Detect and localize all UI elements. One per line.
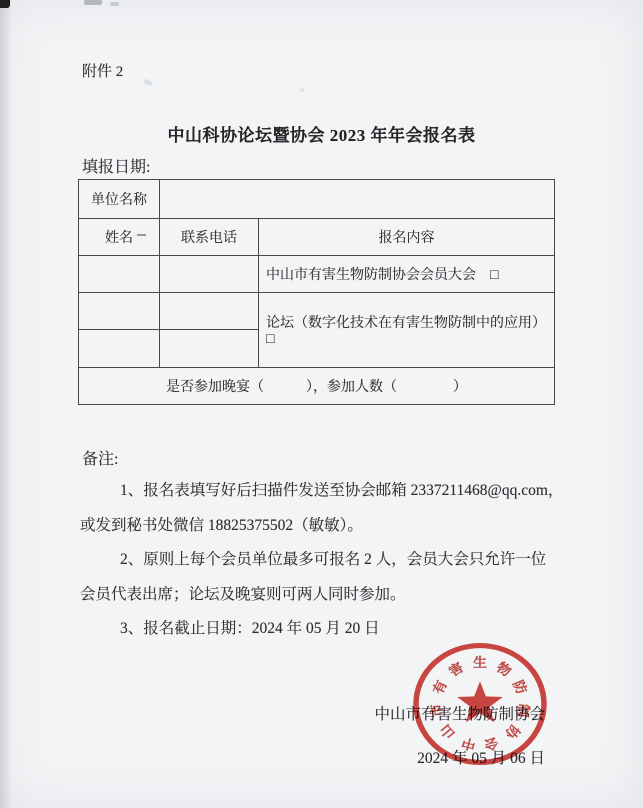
attachment-label: 附件 2 (82, 60, 123, 81)
unit-name-label: 单位名称 (79, 180, 160, 219)
phone-blank-cell (160, 256, 259, 293)
scan-artifact-smudge (84, 0, 102, 5)
svg-text:有: 有 (429, 678, 450, 697)
svg-text:防: 防 (510, 678, 531, 697)
notes-block: 1、报名表填写好后扫描件发送至协会邮箱 2337211468@qq.com， 或… (80, 474, 580, 647)
notes-heading: 备注: (82, 446, 118, 469)
svg-text:市: 市 (427, 702, 446, 718)
phone-blank-cell (160, 330, 259, 368)
table-row: 中山市有害生物防制协会会员大会 □ (79, 256, 555, 293)
fill-date-label: 填报日期: (82, 154, 150, 177)
note-line-2: 2、原则上每个会员单位最多可报名 2 人，会员大会只允许一位 (80, 543, 580, 578)
table-row-banquet: 是否参加晚宴（ ），参加人数（ ） (79, 368, 555, 405)
scan-artifact-speck (142, 78, 153, 87)
official-seal-stamp: 中 山 市 有 害 生 物 防 制 协 会 (410, 638, 550, 770)
seal-star (457, 681, 503, 722)
registration-table: 单位名称 姓名 联系电话 报名内容 中山市有害生物防制协会会员大会 □ 论坛（数… (78, 179, 555, 405)
note-line-2-cont: 会员代表出席；论坛及晚宴则可两人同时参加。 (80, 578, 580, 613)
unit-name-blank-cell (160, 180, 555, 219)
name-blank-cell (79, 293, 160, 330)
form-title: 中山科协论坛暨协会 2023 年年会报名表 (0, 121, 643, 146)
svg-text:山: 山 (437, 722, 458, 742)
option-forum: 论坛（数字化技术在有害生物防制中的应用）□ (259, 293, 555, 368)
phone-column-header: 联系电话 (160, 219, 259, 256)
table-row-unit: 单位名称 (79, 180, 555, 219)
banquet-question: 是否参加晚宴（ ），参加人数（ ） (79, 368, 555, 405)
name-column-header: 姓名 (79, 219, 160, 256)
scan-artifact-speck (300, 88, 305, 92)
phone-blank-cell (160, 293, 259, 330)
name-blank-cell (79, 256, 160, 293)
scan-artifact-smudge (110, 2, 119, 6)
svg-text:物: 物 (494, 659, 515, 679)
svg-text:会: 会 (482, 735, 500, 754)
svg-text:害: 害 (446, 659, 467, 679)
svg-text:协: 协 (502, 722, 524, 742)
note-line-1-cont: 或发到秘书处微信 18825375502（敏敏）。 (80, 509, 580, 544)
svg-text:制: 制 (514, 703, 531, 719)
content-column-header: 报名内容 (259, 219, 555, 256)
note-line-1: 1、报名表填写好后扫描件发送至协会邮箱 2337211468@qq.com， (80, 474, 580, 509)
scan-artifact-corner (0, 0, 10, 8)
table-row-header: 姓名 联系电话 报名内容 (79, 219, 555, 256)
option-member-meeting: 中山市有害生物防制协会会员大会 □ (259, 256, 555, 293)
table-row: 论坛（数字化技术在有害生物防制中的应用）□ (79, 293, 555, 330)
svg-text:生: 生 (473, 655, 487, 671)
svg-text:中: 中 (459, 735, 477, 754)
scanned-form-page: 附件 2 中山科协论坛暨协会 2023 年年会报名表 填报日期: 单位名称 姓名… (0, 0, 643, 808)
name-blank-cell (79, 330, 160, 368)
